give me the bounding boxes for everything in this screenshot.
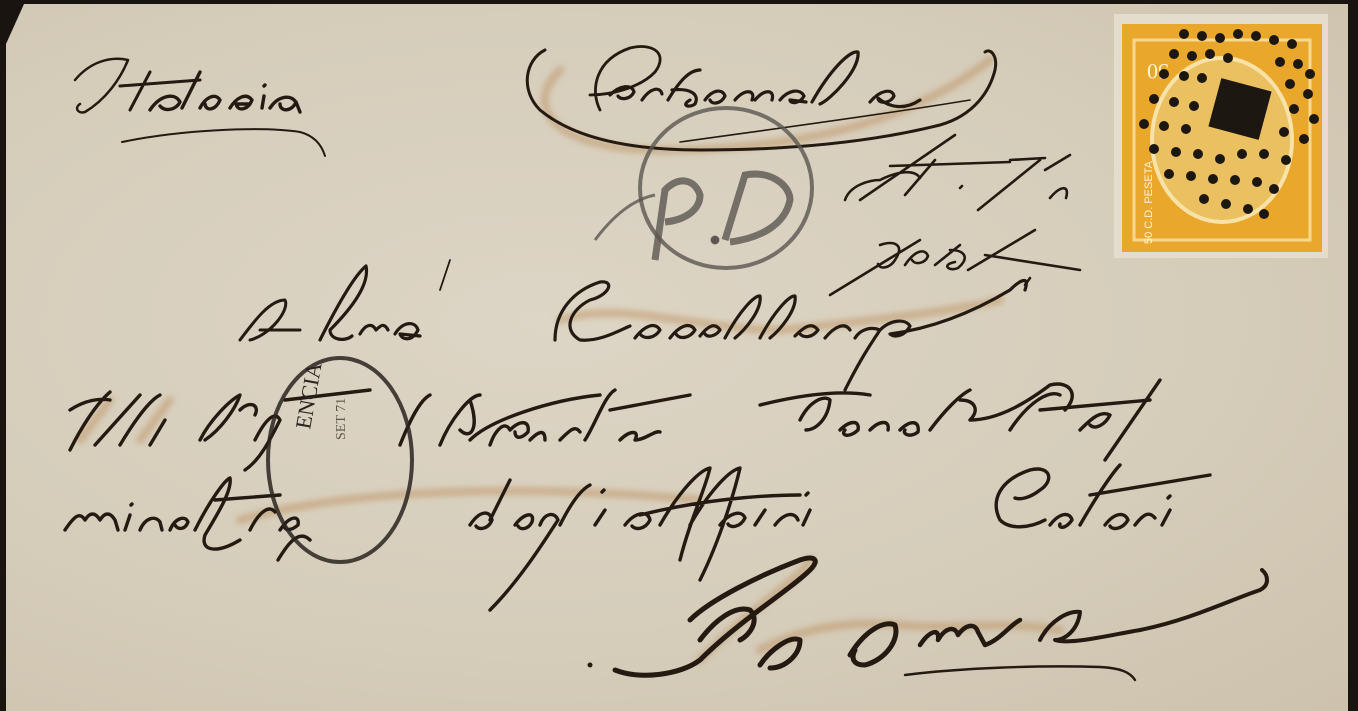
text-date-note: Sett. 71	[850, 180, 854, 181]
inscription-address-line-2	[70, 380, 1160, 470]
text-part-note: part.	[850, 260, 852, 261]
inscription-part	[830, 230, 1080, 295]
envelope: ENCIA SET 71 50 50 C.D. PESETA	[0, 0, 1358, 711]
text-italia: Italia	[80, 80, 83, 81]
circular-datestamp: ENCIA SET 71	[268, 358, 412, 562]
postage-stamp: 50 50 C.D. PESETA	[1114, 14, 1328, 258]
text-personale: Personale	[600, 80, 605, 81]
text-address-line-3: ministro degli affari Esteri	[70, 510, 83, 511]
inscription-italia	[75, 59, 325, 156]
text-address-line-1: A Sua Eccellenza	[240, 320, 249, 321]
text-pd-handstamp: P.D.	[680, 190, 682, 191]
svg-text:50 C.D. PESETA: 50 C.D. PESETA	[1143, 160, 1155, 244]
svg-text:SET 71: SET 71	[334, 398, 349, 440]
inscription-address-line-1	[240, 260, 1026, 390]
inscription-date	[845, 135, 1070, 210]
text-address-line-2: Il Sig. Visconte Venosta	[70, 420, 82, 421]
inscription-city-roma	[588, 558, 1268, 680]
text-city: Roma	[620, 630, 623, 631]
pd-handstamp	[595, 108, 812, 268]
inscription-address-line-3	[65, 465, 1210, 610]
